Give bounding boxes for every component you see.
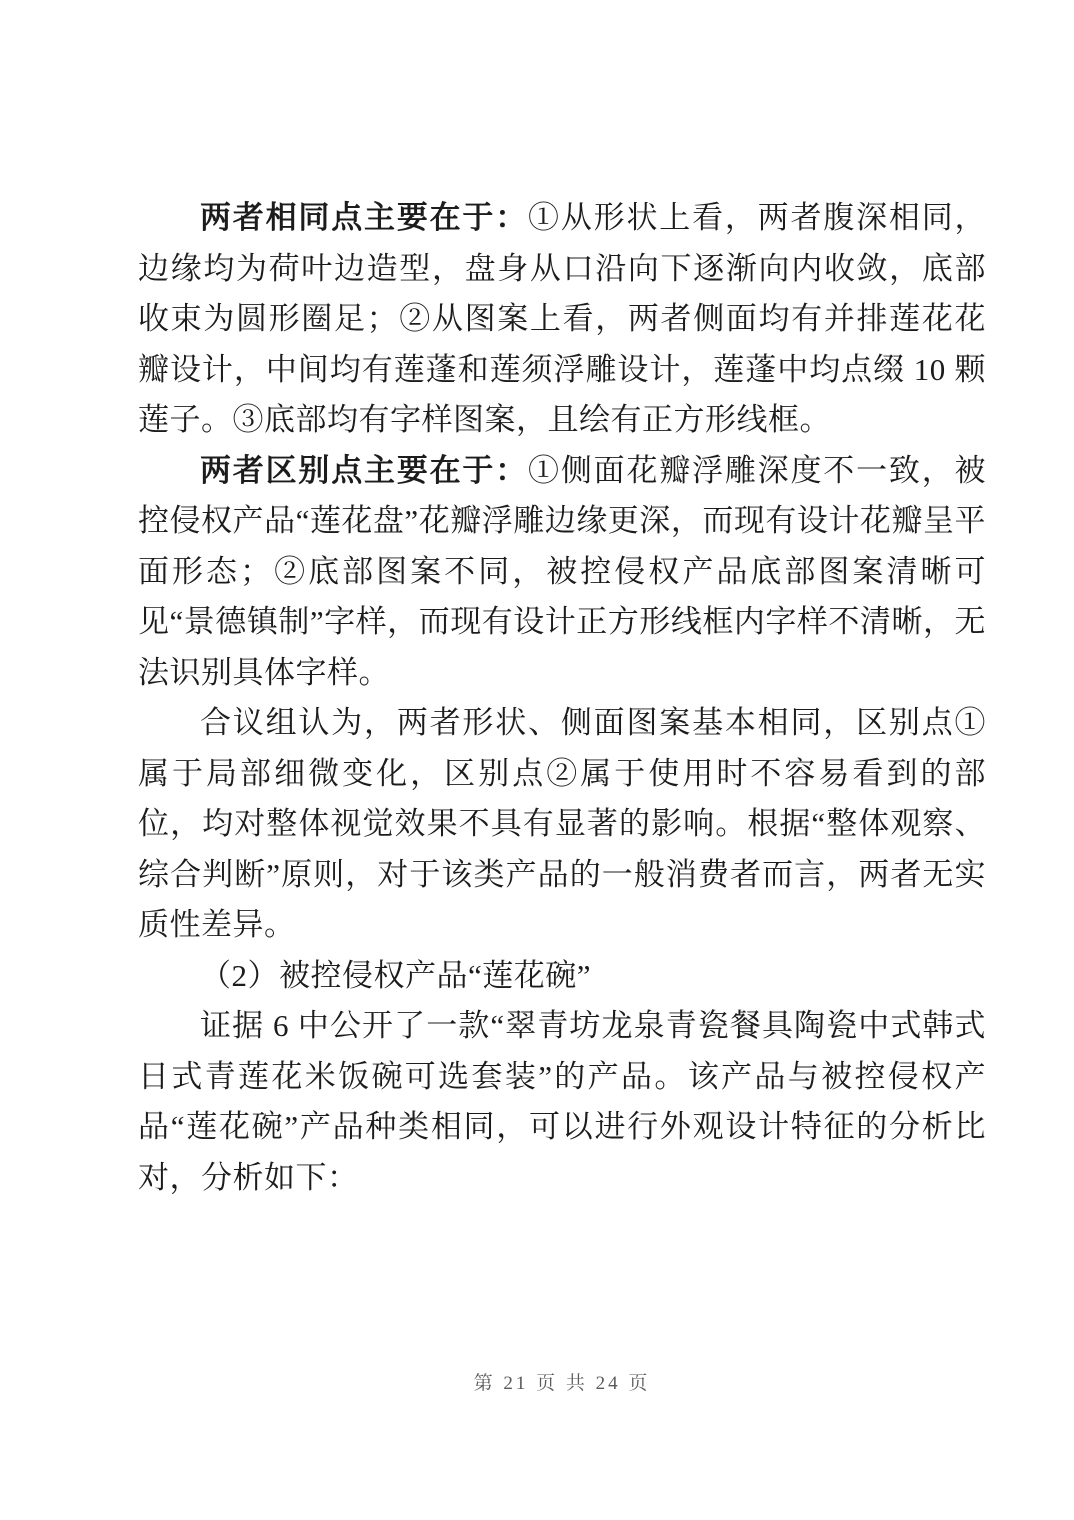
paragraph-differences-text: ①侧面花瓣浮雕深度不一致，被控侵权产品“莲花盘”花瓣浮雕边缘更深，而现有设计花瓣… — [138, 453, 986, 690]
paragraph-differences-lead: 两者区别点主要在于： — [200, 453, 528, 488]
page-footer: 第 21 页 共 24 页 — [138, 1368, 986, 1395]
paragraph-similarities: 两者相同点主要在于：①从形状上看，两者腹深相同，边缘均为荷叶边造型，盘身从口沿向… — [138, 193, 986, 446]
paragraph-panel-opinion-text: 合议组认为，两者形状、侧面图案基本相同，区别点①属于局部细微变化，区别点②属于使… — [138, 705, 986, 942]
paragraph-subheading-lotus-bowl-text: （2）被控侵权产品“莲花碗” — [200, 958, 591, 993]
paragraph-evidence-6: 证据 6 中公开了一款“翠青坊龙泉青瓷餐具陶瓷中式韩式日式青莲花米饭碗可选套装”… — [138, 1001, 986, 1203]
document-body: 两者相同点主要在于：①从形状上看，两者腹深相同，边缘均为荷叶边造型，盘身从口沿向… — [138, 193, 986, 1203]
paragraph-similarities-lead: 两者相同点主要在于： — [200, 200, 528, 235]
paragraph-panel-opinion: 合议组认为，两者形状、侧面图案基本相同，区别点①属于局部细微变化，区别点②属于使… — [138, 698, 986, 951]
paragraph-similarities-text: ①从形状上看，两者腹深相同，边缘均为荷叶边造型，盘身从口沿向下逐渐向内收敛，底部… — [138, 200, 986, 437]
paragraph-differences: 两者区别点主要在于：①侧面花瓣浮雕深度不一致，被控侵权产品“莲花盘”花瓣浮雕边缘… — [138, 446, 986, 699]
paragraph-subheading-lotus-bowl: （2）被控侵权产品“莲花碗” — [138, 951, 986, 1002]
paragraph-evidence-6-text: 证据 6 中公开了一款“翠青坊龙泉青瓷餐具陶瓷中式韩式日式青莲花米饭碗可选套装”… — [138, 1008, 986, 1195]
document-page: 两者相同点主要在于：①从形状上看，两者腹深相同，边缘均为荷叶边造型，盘身从口沿向… — [0, 0, 1074, 1520]
